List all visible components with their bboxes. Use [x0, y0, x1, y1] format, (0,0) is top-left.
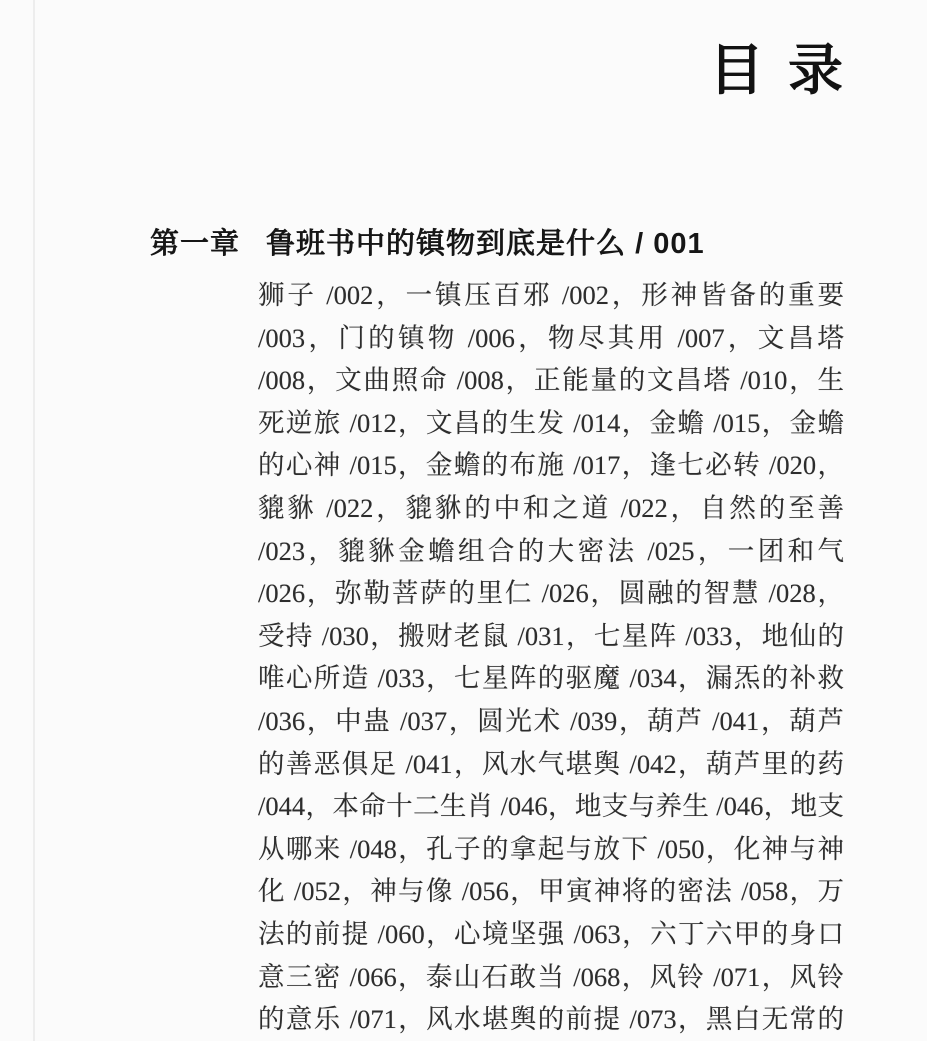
chapter-title-group: 鲁班书中的镇物到底是什么 / 001: [266, 221, 705, 262]
toc-line: 从哪来 /048，孔子的拿起与放下 /050，化神与神: [258, 828, 844, 871]
toc-line: /003，门的镇物 /006，物尽其用 /007，文昌塔: [258, 317, 844, 360]
toc-line: 唯心所造 /033，七星阵的驱魔 /034，漏炁的补救: [258, 657, 844, 700]
toc-line: 的善恶俱足 /041，风水气堪舆 /042，葫芦里的药: [258, 743, 844, 786]
toc-line: /008，文曲照命 /008，正能量的文昌塔 /010，生: [258, 359, 844, 402]
toc-line: 的意乐 /071，风水堪舆的前提 /073，黑白无常的: [258, 998, 844, 1041]
toc-line: /023，貔貅金蟾组合的大密法 /025，一团和气: [258, 530, 844, 573]
chapter-title: 鲁班书中的镇物到底是什么: [266, 228, 626, 260]
chapter-entries: 狮子 /002，一镇压百邪 /002，形神皆备的重要 /003，门的镇物 /00…: [258, 274, 844, 1041]
toc-line: 化 /052，神与像 /056，甲寅神将的密法 /058，万: [258, 870, 844, 913]
toc-line: 意三密 /066，泰山石敢当 /068，风铃 /071，风铃: [258, 956, 844, 999]
chapter-page-ref: / 001: [635, 228, 705, 260]
page-edge-line: [33, 0, 35, 1041]
toc-line: 法的前提 /060，心境坚强 /063，六丁六甲的身口: [258, 913, 844, 956]
toc-line: 的心神 /015，金蟾的布施 /017，逢七必转 /020，: [258, 444, 844, 487]
toc-line: 死逆旅 /012，文昌的生发 /014，金蟾 /015，金蟾: [258, 402, 844, 445]
toc-line: 受持 /030，搬财老鼠 /031，七星阵 /033，地仙的: [258, 615, 844, 658]
toc-line: /044，本命十二生肖 /046，地支与养生 /046，地支: [258, 785, 844, 828]
page-title: 目录: [709, 26, 867, 105]
toc-line: 狮子 /002，一镇压百邪 /002，形神皆备的重要: [258, 274, 844, 317]
toc-line: 貔貅 /022，貔貅的中和之道 /022，自然的至善: [258, 487, 844, 530]
chapter-heading: 第一章 鲁班书中的镇物到底是什么 / 001: [150, 221, 705, 262]
toc-line: /036，中蛊 /037，圆光术 /039，葫芦 /041，葫芦: [258, 700, 844, 743]
chapter-number: 第一章: [150, 221, 240, 262]
toc-line: /026，弥勒菩萨的里仁 /026，圆融的智慧 /028，: [258, 572, 844, 615]
